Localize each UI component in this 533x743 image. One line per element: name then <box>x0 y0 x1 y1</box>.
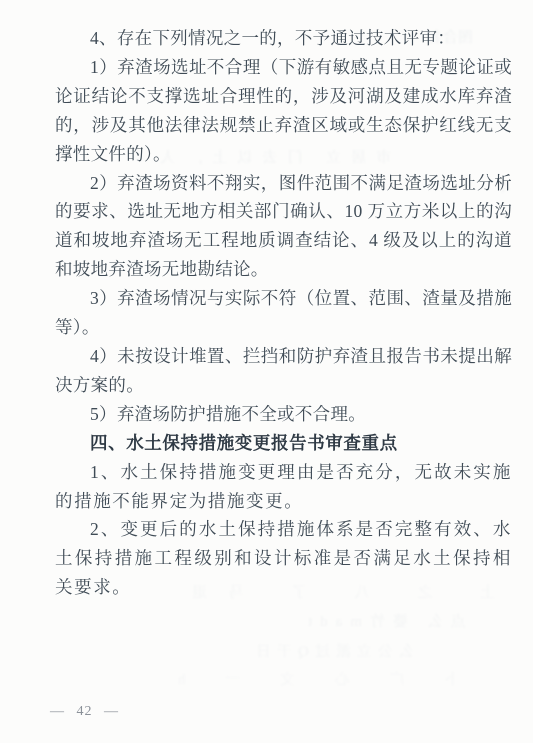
paragraph-item-4: 4、存在下列情况之一的，不予通过技术评审： <box>55 24 512 53</box>
paragraph-subitem-2: 2）弃渣场资料不翔实，图件范围不满足渣场选址分析的要求、选址无地方相关部门确认、… <box>55 169 512 285</box>
page-number: — 42 — <box>50 704 119 720</box>
section-heading: 四、水土保持措施变更报告书审查重点 <box>55 429 512 458</box>
bleed-through-artifact: 卜 广 心 文 一 h <box>160 668 459 689</box>
document-page: 4、存在下列情况之一的，不予通过技术评审： 1）弃渣场选址不合理（下游有敏感点且… <box>0 0 533 743</box>
document-body: 4、存在下列情况之一的，不予通过技术评审： 1）弃渣场选址不合理（下游有敏感点且… <box>55 24 512 602</box>
paragraph-item-1: 1、水土保持措施变更理由是否充分，无故未实施的措施不能界定为措施变更。 <box>55 458 512 516</box>
bleed-through-artifact: 点么 婆竹madt <box>300 610 466 631</box>
paragraph-subitem-3: 3）弃渣场情况与实际不符（位置、范围、渣量及措施等）。 <box>55 284 512 342</box>
paragraph-subitem-1: 1）弃渣场选址不合理（下游有敏感点且无专题论证或论证结论不支撑选址合理性的，涉及… <box>55 53 512 169</box>
bleed-through-artifact: 么公立派过Q干日 <box>250 640 414 661</box>
paragraph-subitem-5: 5）弃渣场防护措施不全或不合理。 <box>55 400 512 429</box>
paragraph-item-2: 2、变更后的水土保持措施体系是否完整有效、水土保持措施工程级别和设计标准是否满足… <box>55 515 512 602</box>
paragraph-subitem-4: 4）未按设计堆置、拦挡和防护弃渣且报告书未提出解决方案的。 <box>55 342 512 400</box>
